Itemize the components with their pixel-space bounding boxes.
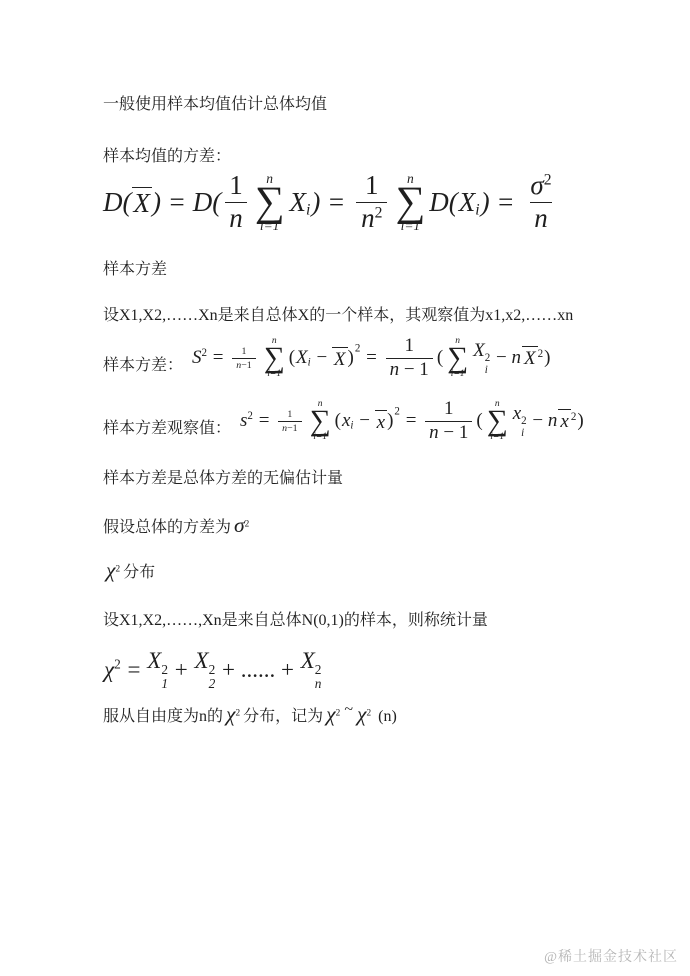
math-token: −1 (241, 360, 252, 371)
math-token: χ2 (106, 555, 120, 585)
math-token: ( (476, 410, 482, 432)
math-token: σ2 (530, 171, 551, 201)
math-token: n (361, 203, 375, 233)
math-token: = (208, 347, 228, 369)
math-token: ) (577, 410, 583, 432)
math-token: n (530, 202, 552, 234)
sample-variance-observed-row: 样本方差观察值： s2 = 1n−1n∑i=1(xi − x)​2 = 1n −… (103, 399, 584, 444)
math-token: 1n2 (356, 171, 387, 233)
sample-variance-row: 样本方差： S2 = 1n−1n∑i=1(Xi − X)​2 = 1n − 1(… (103, 336, 550, 381)
math-token: X (132, 187, 153, 217)
math-token: i (308, 357, 311, 369)
math-token: 服从自由度为n的 (103, 708, 223, 725)
math-token: i=1 (260, 219, 280, 233)
math-token: + (169, 657, 193, 683)
formula-sample-variance: S2 = 1n−1n∑i=1(Xi − X)​2 = 1n − 1(n∑i=1X… (191, 336, 550, 381)
math-token: 分布 (123, 564, 155, 581)
summation-symbol: ∑ (310, 409, 331, 433)
math-token: ) (348, 347, 354, 369)
math-token: (n) (374, 708, 397, 725)
math-token: x (375, 410, 387, 432)
math-token: D( (103, 187, 132, 218)
math-token: − (354, 410, 374, 432)
math-token: n2 (356, 202, 387, 234)
math-token: 2i (485, 353, 491, 376)
math-token: 1 (440, 399, 458, 421)
math-token: X (332, 347, 348, 369)
math-token: i=1 (490, 433, 504, 443)
math-token: = (361, 347, 381, 369)
math-token: χ (326, 702, 336, 726)
math-token: σ2n (525, 171, 556, 233)
math-token: x (558, 409, 570, 431)
math-token: ( (335, 410, 341, 432)
math-token: 2 (394, 406, 400, 418)
summation-symbol: ∑ (447, 346, 468, 370)
math-token: i (521, 428, 524, 440)
summation-symbol: ∑ (264, 346, 285, 370)
math-token: n (315, 677, 322, 691)
math-token: 1 (225, 171, 247, 202)
math-token: 2 (375, 204, 383, 221)
math-token: 2 (116, 564, 121, 574)
math-token: − (491, 347, 511, 369)
math-token: Xi (296, 347, 311, 369)
math-token: ​2 (355, 347, 361, 369)
math-token: 1 (242, 346, 247, 357)
math-token: 2n (315, 663, 322, 691)
math-token: χ (106, 558, 116, 582)
math-token: − 1 (439, 422, 469, 443)
math-token: 1 (283, 409, 296, 421)
math-token: n−1 (232, 358, 255, 371)
math-token: ~ (344, 699, 353, 721)
math-token: i (475, 201, 479, 218)
formula-chi-square-statistic: χ2 = X21 + X22 + ...... + X2n (103, 648, 322, 691)
math-token: X2 (522, 346, 543, 370)
math-token: 1n−1 (278, 409, 301, 435)
math-token: xi (342, 410, 354, 432)
summation-symbol: ∑ (395, 185, 425, 219)
math-token: 假设总体的方差为 (103, 519, 231, 536)
math-token: n − 1 (386, 358, 433, 381)
math-token: 2 (538, 349, 544, 361)
math-token: n (390, 359, 400, 380)
document-page: 一般使用样本均值估计总体均值 样本均值的方差： D(X) = D(1nn∑i=1… (0, 0, 690, 976)
math-token: n (534, 203, 548, 233)
math-token: 1 (361, 171, 383, 202)
math-token: i (306, 201, 310, 218)
math-token: n∑i=1 (310, 400, 331, 443)
math-token: X (290, 187, 307, 217)
math-token: − (312, 347, 332, 369)
math-token: i=1 (401, 219, 421, 233)
math-token: 2 (247, 411, 253, 423)
watermark: @稀土掘金技术社区 (544, 946, 678, 966)
math-token: χ2 (104, 657, 121, 683)
math-token: 2 (161, 663, 168, 677)
math-token: 2 (209, 663, 216, 677)
sample-definition-text: 设X1,X2,……Xn是来自总体X的一个样本，其观察值为x1,x2,……xn (103, 306, 573, 325)
chi-square-degrees-of-freedom-line: 服从自由度为n的χ2分布，记为χ2~χ2 (n) (103, 699, 397, 729)
math-token: n∑i=1 (447, 337, 468, 380)
math-token: ) = (481, 187, 522, 218)
math-token: x2i (513, 403, 527, 439)
math-token: n (548, 410, 558, 432)
unbiased-estimator-text: 样本方差是总体方差的无偏估计量 (103, 469, 343, 488)
math-token: X (473, 340, 485, 361)
math-token: n∑i=1 (487, 400, 508, 443)
sample-variance-observed-label: 样本方差观察值： (103, 419, 231, 444)
math-token: ( (289, 347, 295, 369)
math-token: 2 (571, 412, 577, 424)
math-token: 分布，记为 (243, 708, 323, 725)
math-token: i=1 (267, 370, 281, 380)
math-token: 1n − 1 (425, 399, 472, 444)
math-token: n−1 (278, 421, 301, 434)
math-token: n∑i=1 (255, 172, 285, 233)
math-token: 1 (287, 409, 292, 420)
math-token: 2 (114, 656, 121, 671)
formula-mean-variance: D(X) = D(1nn∑i=1Xi) = 1n2n∑i=1D(Xi) = σ2… (103, 171, 561, 233)
math-token: X (301, 648, 315, 673)
math-token: 1n (225, 171, 247, 233)
math-token: Xi (290, 187, 311, 218)
summation-symbol: ∑ (255, 185, 285, 219)
math-token: ) = (311, 187, 352, 218)
math-token: X2i (473, 340, 490, 376)
math-token: i (350, 420, 353, 432)
math-token: 22 (209, 663, 216, 691)
math-token: Xi (459, 187, 480, 218)
math-token: n∑i=1 (395, 172, 425, 233)
math-token: X (296, 347, 308, 368)
math-token: σ (530, 170, 543, 200)
formula-sample-variance-observed: s2 = 1n−1n∑i=1(xi − x)​2 = 1n − 1(n∑i=1x… (239, 399, 584, 444)
math-token: n − 1 (425, 421, 472, 444)
math-token: 1n−1 (232, 346, 255, 372)
sample-variance-heading: 样本方差 (103, 260, 167, 279)
math-token: n (429, 422, 439, 443)
math-token: 1 (400, 336, 418, 358)
math-token: n (229, 203, 243, 233)
math-token: n (225, 202, 247, 234)
math-token: = (122, 657, 146, 683)
chi-square-definition-text: 设X1,X2,……,Xn是来自总体N(0,1)的样本，则称统计量 (103, 611, 488, 630)
chi-square-distribution-heading: χ2分布 (103, 555, 155, 585)
math-token: D( (429, 187, 458, 218)
math-token: χ (104, 657, 114, 682)
math-token: X2n (301, 648, 322, 691)
math-token: 2 (315, 663, 322, 677)
math-token: 2 (236, 708, 241, 718)
math-token: 1 (238, 346, 251, 358)
intro-text: 一般使用样本均值估计总体均值 (103, 95, 327, 114)
math-token: n (511, 347, 521, 369)
math-token: χ2 (357, 699, 371, 729)
math-token: χ2 (326, 699, 340, 729)
math-token: 2 (336, 708, 341, 718)
math-token: 1n − 1 (386, 336, 433, 381)
math-token: i=1 (313, 433, 327, 443)
math-token: σ2 (525, 171, 556, 202)
math-token: ) (544, 347, 550, 369)
math-token: i=1 (451, 370, 465, 380)
math-token: 2 (355, 343, 361, 355)
math-token: = (401, 410, 421, 432)
math-token: X (459, 187, 476, 217)
math-token: 2 (544, 171, 552, 188)
math-token: X (522, 346, 538, 368)
math-token: 1 (404, 335, 414, 356)
math-token: = (254, 410, 274, 432)
math-token: 21 (161, 663, 168, 691)
math-token: 1 (229, 170, 243, 200)
math-token: X (195, 648, 209, 673)
math-token: 2 (202, 348, 208, 360)
math-token: 2i (521, 416, 527, 439)
math-token: − (528, 410, 548, 432)
math-token: X22 (195, 648, 216, 691)
math-token: x2 (558, 409, 576, 433)
math-token: 1 (444, 398, 454, 419)
sample-variance-label: 样本方差： (103, 356, 183, 381)
math-token: ​2 (394, 410, 400, 432)
math-token: σ2 (234, 510, 249, 540)
math-token: i (485, 365, 488, 377)
math-token: n2 (361, 204, 382, 234)
math-token: x (513, 403, 521, 424)
math-token: 1 (365, 170, 379, 200)
math-token: s2 (240, 410, 253, 432)
math-token: 2 (245, 519, 250, 529)
math-token: S2 (192, 347, 207, 369)
math-token: σ (234, 513, 245, 537)
mean-variance-label: 样本均值的方差： (103, 147, 231, 166)
math-token: − 1 (399, 359, 429, 380)
math-token: ) (387, 410, 393, 432)
math-token: + ...... + (216, 657, 299, 683)
math-token: 2 (209, 677, 216, 691)
math-token: X (147, 648, 161, 673)
math-token: ) = D( (152, 187, 221, 218)
math-token: χ2 (226, 699, 240, 729)
math-token: −1 (287, 423, 298, 434)
math-token: 1 (161, 677, 168, 691)
assume-population-variance-line: 假设总体的方差为σ2 (103, 510, 252, 540)
math-token: ( (437, 347, 443, 369)
math-token: X21 (147, 648, 168, 691)
math-token: S (192, 347, 202, 368)
summation-symbol: ∑ (487, 409, 508, 433)
math-token: 2 (366, 708, 371, 718)
math-token: n∑i=1 (264, 337, 285, 380)
math-token: χ (226, 702, 236, 726)
